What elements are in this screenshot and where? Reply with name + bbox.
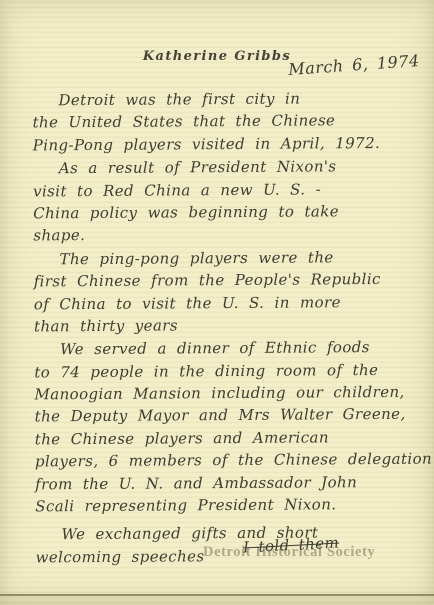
- paragraph: As a result of President Nixon'svisit to…: [33, 155, 432, 247]
- handwritten-line: the United States that the Chinese: [32, 109, 430, 134]
- handwritten-line: players, 6 members of the Chinese delega…: [35, 448, 433, 473]
- handwritten-line: Scali representing President Nixon.: [35, 493, 433, 518]
- handwritten-line: to 74 people in the dining room of the: [34, 358, 432, 383]
- handwritten-line: China policy was beginning to take: [33, 200, 431, 225]
- handwritten-line: As a result of President Nixon's: [33, 155, 431, 180]
- handwritten-line: the Deputy Mayor and Mrs Walter Greene,: [35, 403, 433, 428]
- paragraph: The ping-pong players were thefirst Chin…: [33, 245, 432, 337]
- handwritten-line: shape.: [33, 222, 431, 247]
- handwritten-line: Ping-Pong players visited in April, 1972…: [33, 131, 431, 156]
- handwritten-line: of China to visit the U. S. in more: [34, 290, 432, 315]
- handwritten-line: We exchanged gifts and short: [35, 521, 433, 546]
- handwritten-line: visit to Red China a new U. S. -: [33, 177, 431, 202]
- handwritten-line: the Chinese players and American: [35, 425, 433, 450]
- handwritten-line: first Chinese from the People's Republic: [34, 268, 432, 293]
- handwritten-line: from the U. N. and Ambassador John: [35, 470, 433, 495]
- letter-body: Detroit was the first city inthe United …: [32, 87, 433, 570]
- handwritten-line: Detroit was the first city in: [32, 87, 430, 112]
- handwritten-line: We served a dinner of Ethnic foods: [34, 336, 432, 361]
- handwritten-line: The ping-pong players were the: [33, 245, 431, 270]
- paper-edge: [0, 594, 434, 596]
- handwritten-line: Manoogian Mansion including our children…: [34, 381, 432, 406]
- paragraph: Detroit was the first city inthe United …: [32, 87, 430, 157]
- handwritten-line: than thirty years: [34, 313, 432, 338]
- paragraph: We served a dinner of Ethnic foodsto 74 …: [34, 336, 433, 518]
- letter-paper: Katherine Gribbs March 6, 1974 Detroit w…: [0, 0, 434, 605]
